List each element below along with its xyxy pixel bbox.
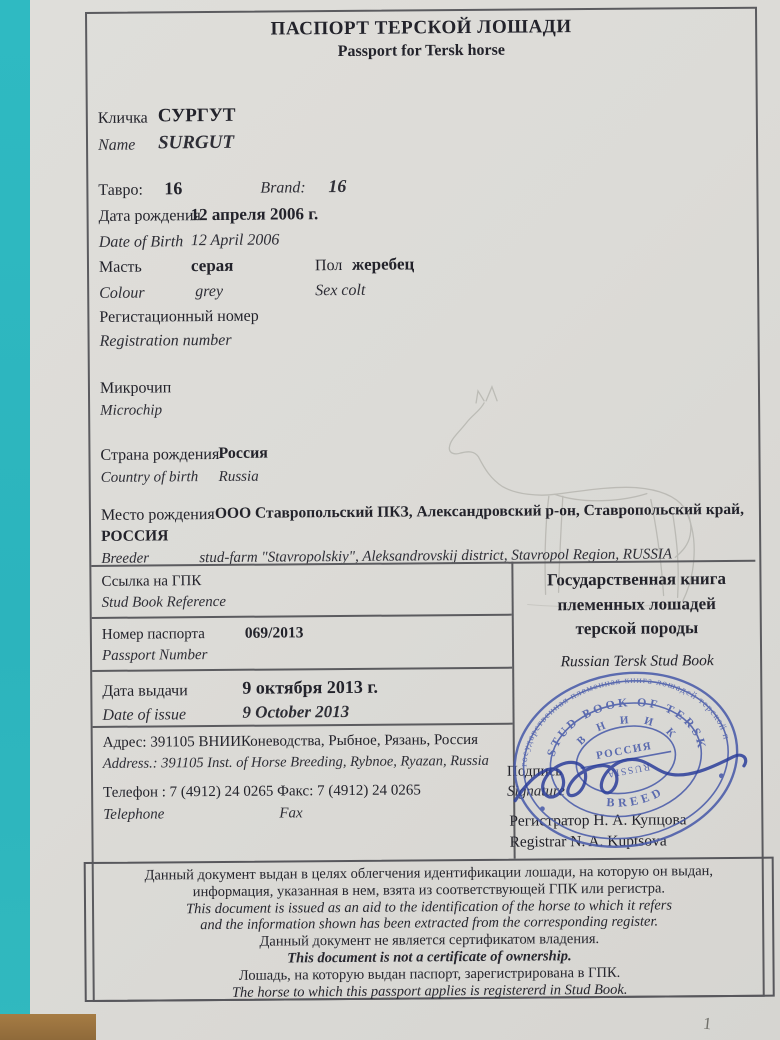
country-label-ru: Страна рождения: [100, 446, 219, 465]
name-value-en: SURGUT: [158, 132, 234, 155]
phone-label-en: Telephone: [103, 806, 164, 823]
studbook-title-ru: Государственная книга племенных лошадей …: [525, 567, 748, 643]
dob-value-ru: 12 апреля 2006 г.: [191, 204, 319, 225]
registrar-signature: [501, 737, 762, 829]
sex-label-ru: Пол: [315, 257, 342, 275]
microchip-label-en: Microchip: [100, 402, 162, 419]
photo-background: 1 ПАСПОРТ ТЕРСКОЙ ЛОШАДИ Passport for Te…: [0, 0, 780, 1040]
name-value-ru: СУРГУТ: [158, 105, 236, 128]
brand-label-ru: Тавро:: [98, 182, 143, 200]
issue-label-ru: Дата выдачи: [102, 682, 188, 701]
title-ru: ПАСПОРТ ТЕРСКОЙ ЛОШАДИ: [87, 15, 755, 42]
colour-value-en: grey: [195, 283, 223, 301]
sex-line-en: Sex colt: [315, 282, 365, 300]
issue-value-ru: 9 октября 2013 г.: [242, 677, 378, 699]
sex-value-ru: жеребец: [352, 254, 414, 274]
dob-label-ru: Дата рождения: [99, 207, 201, 226]
microchip-label-ru: Микрочип: [100, 379, 171, 398]
phone-ru: Телефон : 7 (4912) 24 0265 Факс: 7 (4912…: [103, 782, 421, 801]
sbr-label-ru: Ссылка на ГПК: [101, 573, 201, 591]
name-label-ru: Кличка: [98, 110, 148, 128]
dob-value-en: 12 April 2006: [191, 231, 280, 250]
country-label-en: Country of birth: [101, 469, 199, 487]
issue-label-en: Date of issue: [102, 706, 186, 725]
title-en: Passport for Tersk horse: [87, 40, 755, 63]
pob-label-ru: Место рождения: [101, 506, 215, 525]
country-value-ru: Россия: [218, 445, 268, 463]
address-ru: Адрес: 391105 ВНИИКоневодства, Рыбное, Р…: [103, 732, 478, 752]
cover-edge-strip: [0, 0, 30, 1040]
passnum-label-en: Passport Number: [102, 647, 208, 665]
colour-label-ru: Масть: [99, 259, 142, 277]
colour-value-ru: серая: [191, 256, 234, 276]
sbr-label-en: Stud Book Reference: [102, 594, 227, 612]
document-frame: ПАСПОРТ ТЕРСКОЙ ЛОШАДИ Passport for Ters…: [85, 7, 765, 1002]
issue-value-en: 9 October 2013: [242, 702, 349, 723]
country-value-en: Russia: [219, 469, 259, 486]
fax-label-en: Fax: [279, 805, 302, 822]
regnum-label-en: Registration number: [100, 332, 232, 351]
table-surface: [0, 1014, 96, 1040]
address-en: Address.: 391105 Inst. of Horse Breeding…: [103, 753, 489, 773]
dob-label-en: Date of Birth: [99, 233, 184, 252]
pob-value-ru-2: РОССИЯ: [101, 527, 168, 546]
brand-value-ru: 16: [164, 178, 182, 199]
regnum-label-ru: Регистационный номер: [99, 308, 258, 327]
colour-label-en: Colour: [99, 285, 144, 303]
passnum-label-ru: Номер паспорта: [102, 626, 205, 644]
brand-label-en: Brand:: [260, 179, 305, 197]
divider-horizontal-3: [92, 667, 512, 672]
name-label-en: Name: [98, 137, 135, 155]
passnum-value: 069/2013: [245, 624, 304, 642]
brand-value-en: 16: [328, 176, 346, 197]
disclaimer-box: Данный документ выдан в целях облегчения…: [84, 857, 775, 1002]
